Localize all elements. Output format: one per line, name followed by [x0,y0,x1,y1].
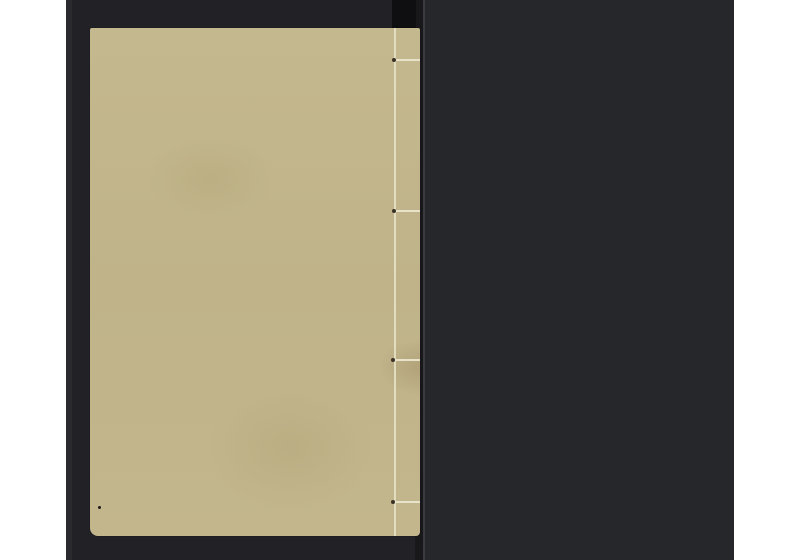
back-cover-panel [424,0,734,560]
ink-spot [98,506,101,509]
binding-thread-vertical [394,28,396,536]
binding-stitch-3 [394,359,420,361]
stitch-knot-3 [391,358,395,362]
back-cover-edge [423,0,425,560]
spine-top-shadow [392,0,416,28]
book-front-cover [90,28,420,536]
binding-stitch-1 [394,59,420,61]
binding-stitch-4 [394,501,420,503]
binding-stitch-2 [394,210,420,212]
stitch-knot-4 [391,500,395,504]
backdrop-left-edge [66,0,72,560]
stitch-knot-1 [392,58,396,62]
stitch-knot-2 [392,209,396,213]
